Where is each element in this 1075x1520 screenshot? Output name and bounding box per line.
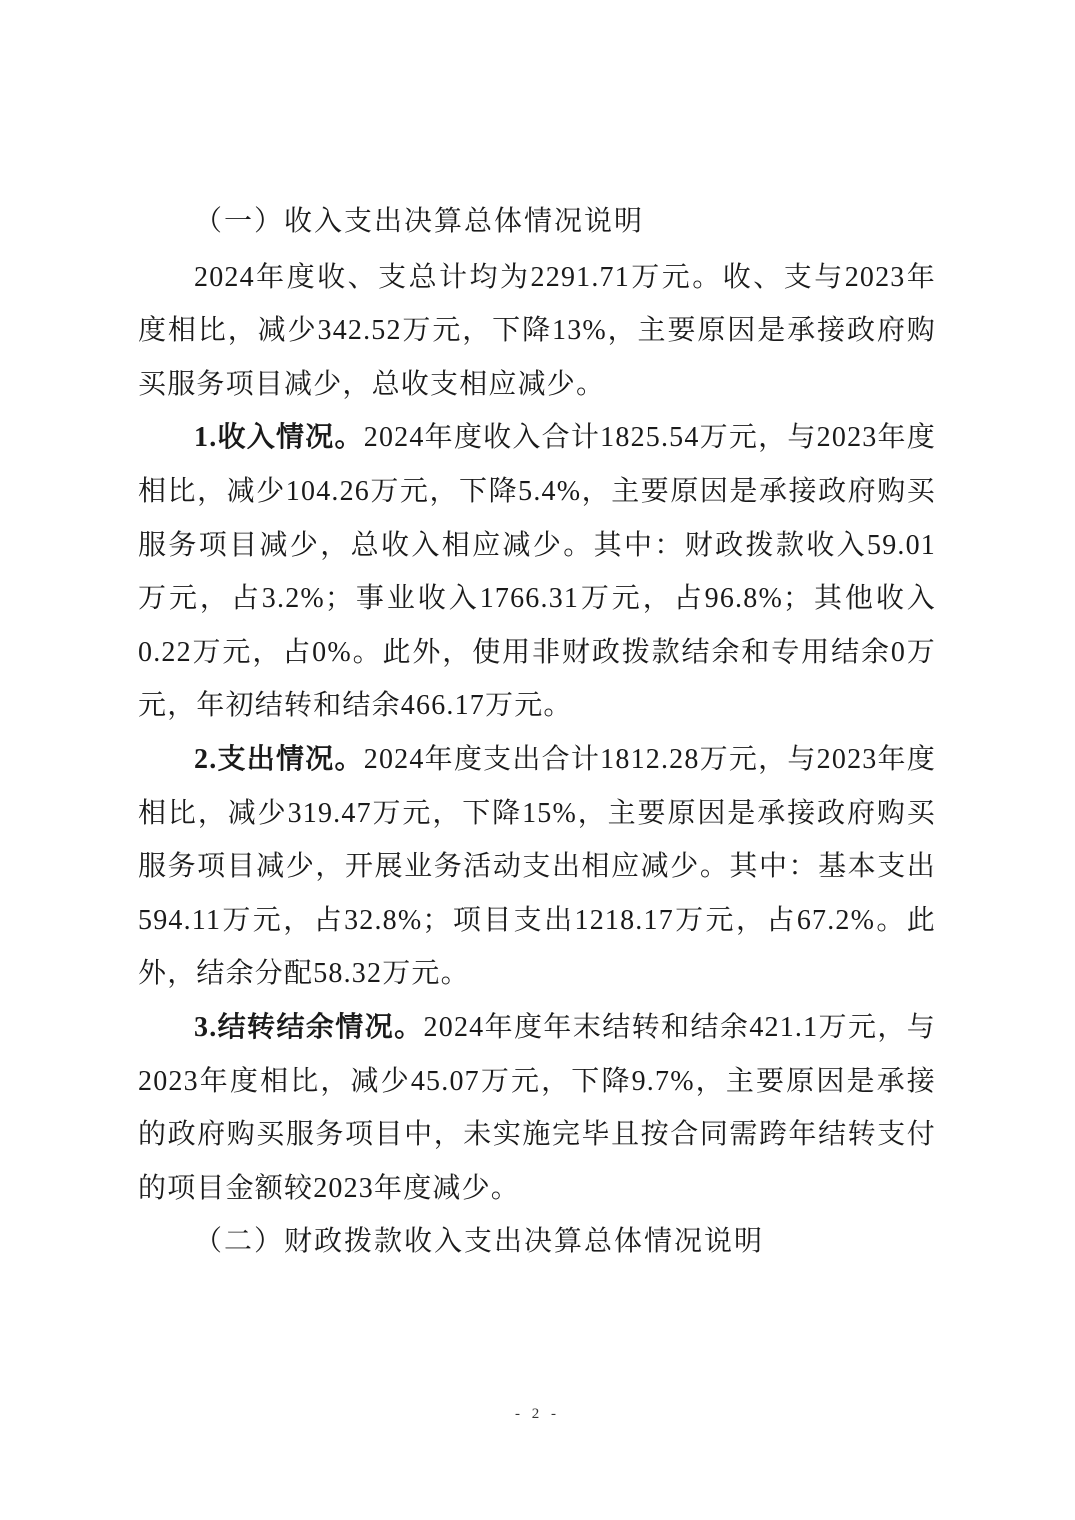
income-body: 2024年度收入合计1825.54万元，与2023年度相比，减少104.26万元… [138,422,936,721]
section-heading-overall: （一）收入支出决算总体情况说明 [138,195,936,249]
paragraph-carryover: 3.结转结余情况。2024年度年末结转和结余421.1万元，与2023年度相比，… [138,1001,936,1215]
document-page: （一）收入支出决算总体情况说明 2024年度收、支总计均为2291.71万元。收… [138,195,936,1269]
page-number: - 2 - [0,1406,1075,1423]
carryover-title: 3.结转结余情况。 [194,1012,424,1043]
paragraph-income: 1.收入情况。2024年度收入合计1825.54万元，与2023年度相比，减少1… [138,411,936,733]
paragraph-summary: 2024年度收、支总计均为2291.71万元。收、支与2023年度相比，减少34… [138,251,936,412]
paragraph-expenditure: 2.支出情况。2024年度支出合计1812.28万元，与2023年度相比，减少3… [138,733,936,1001]
expenditure-body: 2024年度支出合计1812.28万元，与2023年度相比，减少319.47万元… [138,744,936,989]
section-heading-fiscal: （二）财政拨款收入支出决算总体情况说明 [138,1215,936,1269]
expenditure-title: 2.支出情况。 [194,744,364,775]
income-title: 1.收入情况。 [194,422,364,453]
